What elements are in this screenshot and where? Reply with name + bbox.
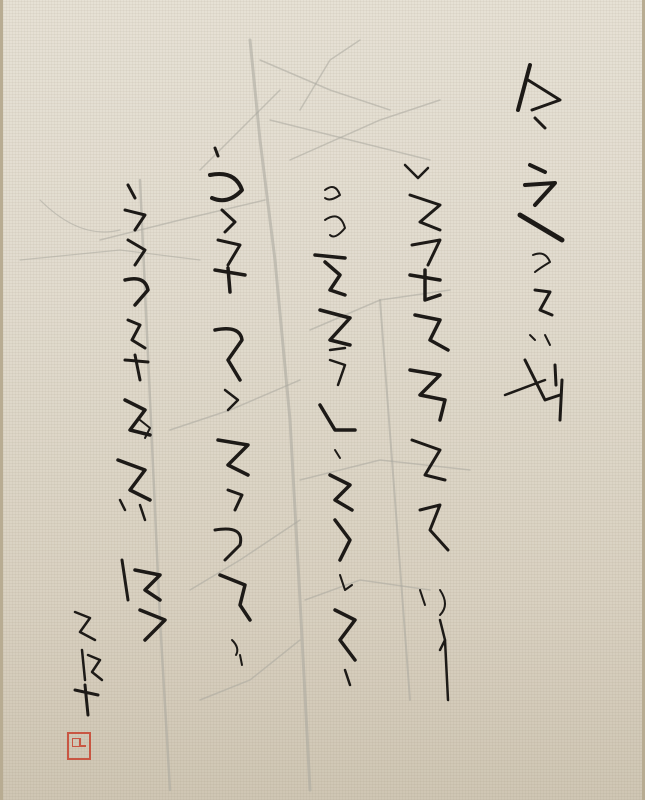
column-3 [315, 187, 355, 685]
column-4 [210, 148, 250, 665]
title-column [505, 65, 562, 420]
column-5 [118, 185, 165, 640]
signature [75, 612, 102, 715]
calligraphy-board [0, 0, 645, 800]
calligraphy-text [0, 0, 645, 800]
column-2 [405, 165, 448, 700]
artist-seal [67, 732, 91, 760]
